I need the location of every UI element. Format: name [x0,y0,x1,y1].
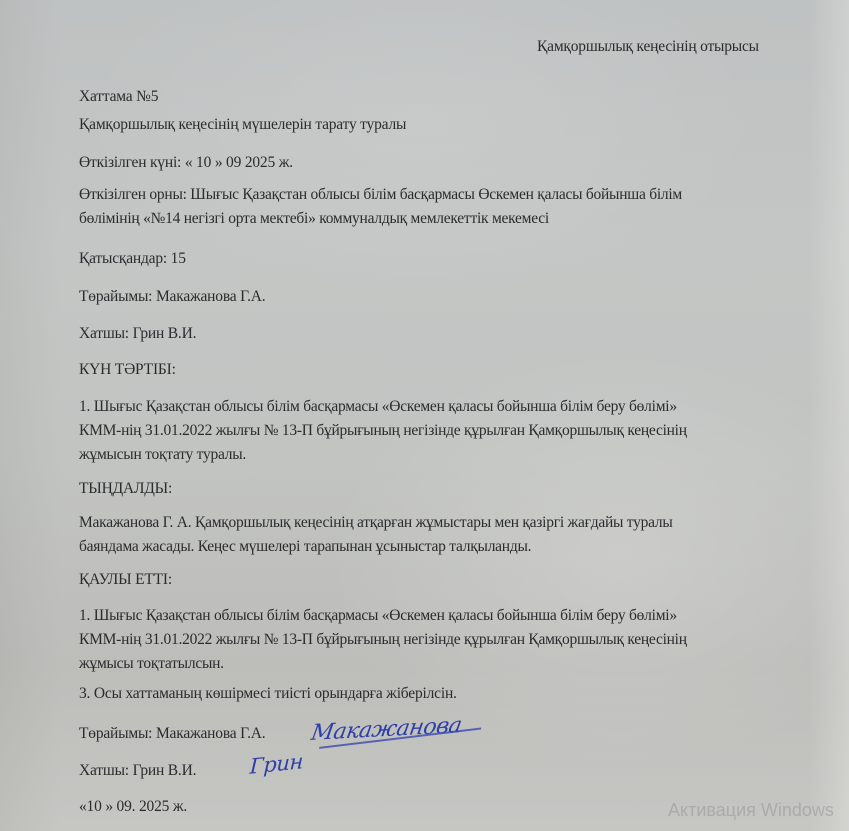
windows-activation-watermark: Активация Windows [668,800,834,821]
signed-date: «10 » 09. 2025 ж. [79,793,187,820]
paper-highlight-right [809,0,849,831]
meeting-date: Өткізілген күні: « 10 » 09 2025 ж. [79,149,293,176]
heard-line-2: баяндама жасады. Кеңес мүшелері тарапына… [79,535,799,559]
chair-signature-label: Төрайымы: Макажанова Г.А. [79,720,265,747]
agenda-item-1: 1. Шығыс Қазақстан облысы білім басқарма… [79,395,799,467]
secretary-handwritten-signature: Грин [249,749,303,778]
secretary-signature-label: Хатшы: Грин В.И. [79,757,196,784]
protocol-subject: Қамқоршылық кеңесінің мүшелерін тарату т… [79,111,406,138]
heard-line-1: Макажанова Г. А. Қамқоршылық кеңесінің а… [79,511,799,535]
resolved-line-3: жұмысы тоқтатылсын. [79,652,799,676]
chair-handwritten-signature: Макажанова [309,713,463,746]
participants-count: Қатысқандар: 15 [79,245,186,272]
header-title: Қамқоршылық кеңесінің отырысы [537,38,759,56]
secretary: Хатшы: Грин В.И. [79,320,196,347]
protocol-number: Хаттама №5 [79,83,158,110]
place-line-1: Өткізілген орны: Шығыс Қазақстан облысы … [79,183,799,207]
heard-text: Макажанова Г. А. Қамқоршылық кеңесінің а… [79,511,799,559]
resolved-item-1: 1. Шығыс Қазақстан облысы білім басқарма… [79,604,799,676]
heard-heading: ТЫҢДАЛДЫ: [79,475,172,502]
agenda-line-1: 1. Шығыс Қазақстан облысы білім басқарма… [79,395,799,419]
resolved-line-2: КММ-нің 31.01.2022 жылғы № 13-П бұйрығын… [79,628,799,652]
agenda-line-2: КММ-нің 31.01.2022 жылғы № 13-П бұйрығын… [79,419,799,443]
agenda-line-3: жұмысын тоқтату туралы. [79,443,799,467]
agenda-heading: КҮН ТӘРТІБІ: [79,356,176,383]
paper-shadow-left [0,0,60,831]
resolved-line-1: 1. Шығыс Қазақстан облысы білім басқарма… [79,604,799,628]
resolved-heading: ҚАУЛЫ ЕТТІ: [79,566,172,593]
resolved-item-3: 3. Осы хаттаманың көшірмесі тиісті орынд… [79,680,457,707]
place-line-2: бөлімінің «№14 негізгі орта мектебі» ком… [79,207,799,231]
chairperson: Төрайымы: Макажанова Г.А. [79,283,265,310]
document-page: Қамқоршылық кеңесінің отырысы Хаттама №5… [0,0,849,831]
meeting-place: Өткізілген орны: Шығыс Қазақстан облысы … [79,183,799,231]
